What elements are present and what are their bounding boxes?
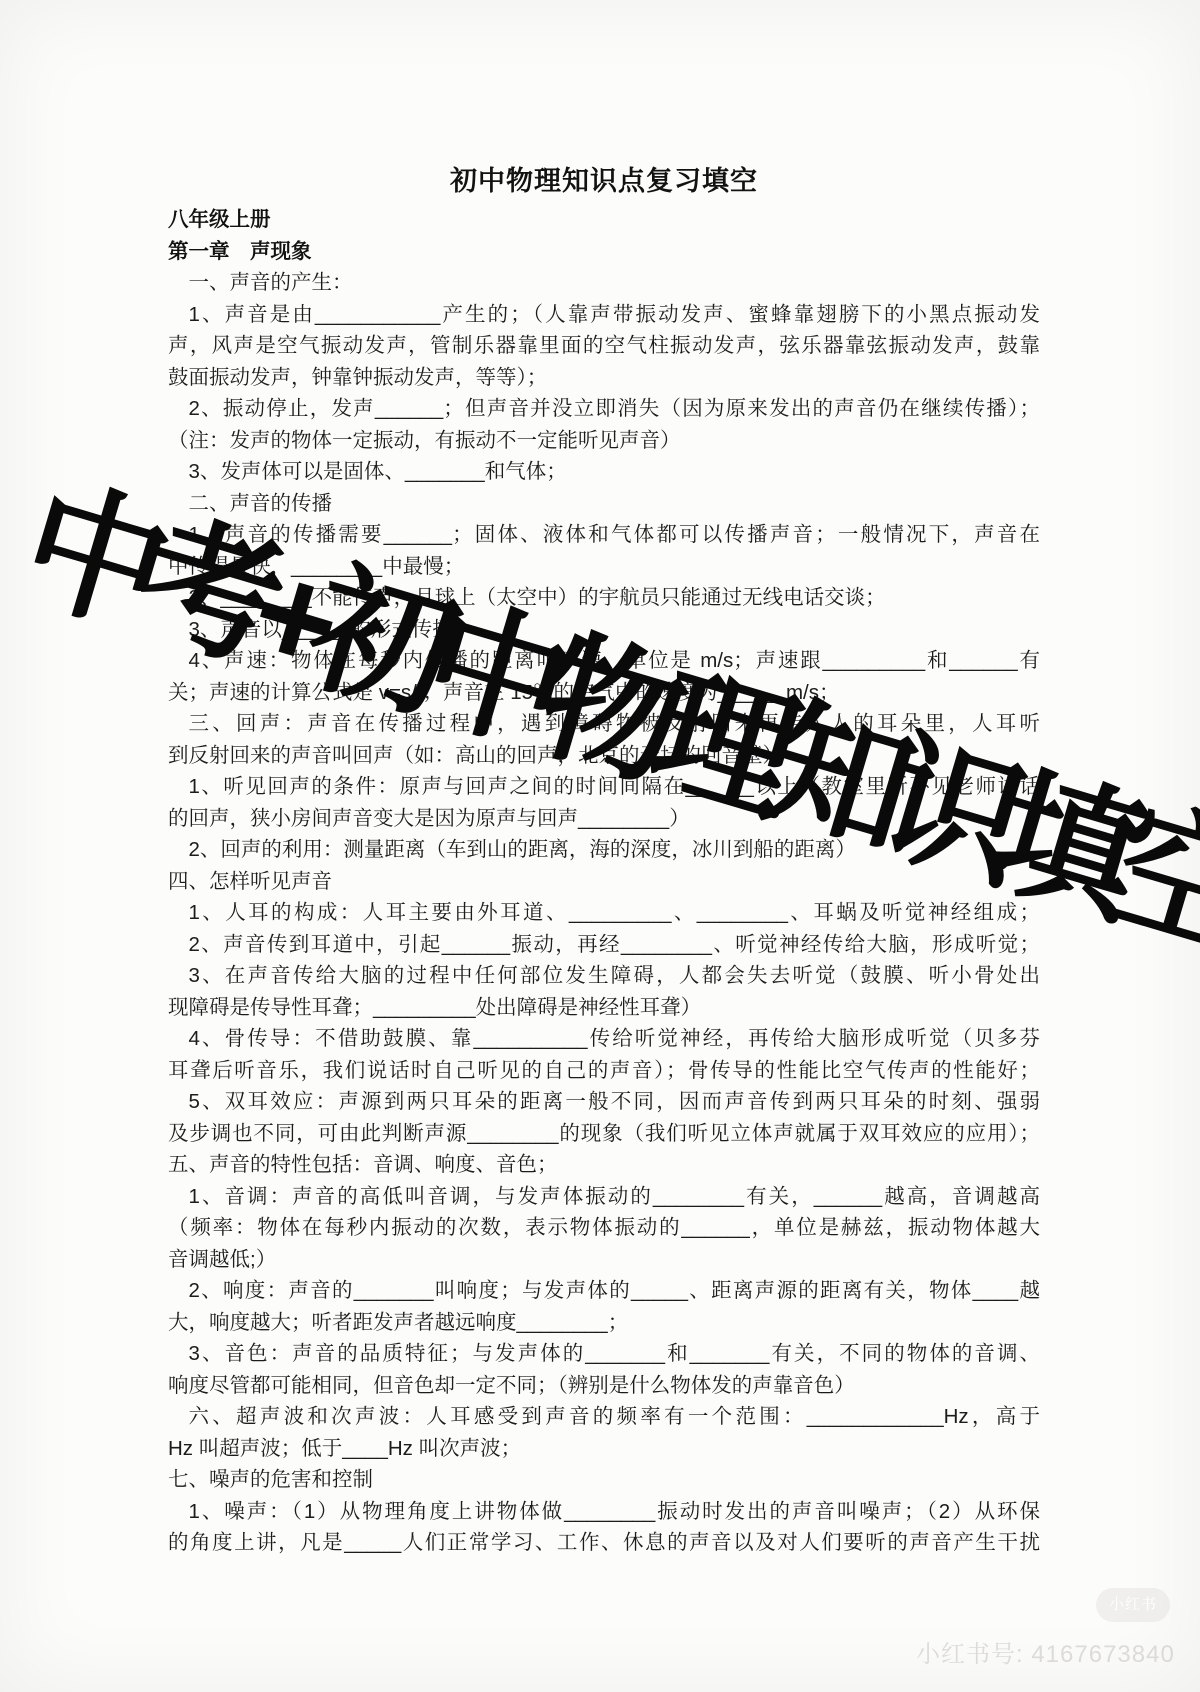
item-line: 4、声速：物体在每秒内传播的距离叫声速，单位是 m/s；声速跟_________… xyxy=(168,645,1040,677)
item-line: 1、声音的传播需要______；固体、液体和气体都可以传播声音；一般情况下，声音… xyxy=(168,519,1040,551)
item-line: 3、音色：声音的品质特征；与发声体的_______和_______有关，不同的物… xyxy=(168,1338,1040,1370)
item-line: 1、听见回声的条件：原声与回声之间的时间间隔在______以上（教室里听不见老师… xyxy=(168,771,1040,803)
text-line: 音调越低;） xyxy=(168,1244,1040,1276)
item-line: 2、回声的利用：测量距离（车到山的距离，海的深度，冰川到船的距离） xyxy=(168,834,1040,866)
section-heading: 六、超声波和次声波：人耳感受到声音的频率有一个范围：____________Hz… xyxy=(168,1401,1040,1433)
text-line: 的角度上讲，凡是_____人们正常学习、工作、休息的声音以及对人们要听的声音产生… xyxy=(168,1527,1040,1559)
item-line: 5、双耳效应：声源到两只耳朵的距离一般不同，因而声音传到两只耳朵的时刻、强弱 xyxy=(168,1086,1040,1118)
section-heading: 五、声音的特性包括：音调、响度、音色； xyxy=(168,1149,1040,1181)
section-heading: 三、回声：声音在传播过程中，遇到障碍物被反射回来再传入人的耳朵里，人耳听 xyxy=(168,708,1040,740)
text-line: （注：发声的物体一定振动，有振动不一定能听见声音） xyxy=(168,425,1040,457)
item-line: 2、________不能传声，月球上（太空中）的宇航员只能通过无线电话交谈； xyxy=(168,582,1040,614)
chapter-heading: 第一章 声现象 xyxy=(168,236,1040,268)
item-line: 3、在声音传给大脑的过程中任何部位发生障碍，人都会失去听觉（鼓膜、听小骨处出 xyxy=(168,960,1040,992)
document-page: 初中物理知识点复习填空 八年级上册 第一章 声现象 一、声音的产生： 1、声音是… xyxy=(168,150,1040,1559)
xiaohongshu-badge: 小红书 xyxy=(1096,1588,1170,1622)
item-line: 2、声音传到耳道中，引起______振动，再经________、听觉神经传给大脑… xyxy=(168,929,1040,961)
text-line: 声，风声是空气振动发声，管制乐器靠里面的空气柱振动发声，弦乐器靠弦振动发声，鼓靠 xyxy=(168,330,1040,362)
item-line: 1、声音是由___________产生的；（人靠声带振动发声、蜜蜂靠翅膀下的小黑… xyxy=(168,299,1040,331)
item-line: 2、振动停止，发声______；但声音并没立即消失（因为原来发出的声音仍在继续传… xyxy=(168,393,1040,425)
text-line: 大，响度越大；听者距发声者越远响度________； xyxy=(168,1307,1040,1339)
item-line: 4、骨传导：不借助鼓膜、靠__________传给听觉神经，再传给大脑形成听觉（… xyxy=(168,1023,1040,1055)
item-line: 1、音调：声音的高低叫音调，与发声体振动的________有关，______越高… xyxy=(168,1181,1040,1213)
item-line: 1、人耳的构成：人耳主要由外耳道、_________、________、耳蜗及听… xyxy=(168,897,1040,929)
section-heading: 二、声音的传播 xyxy=(168,488,1040,520)
item-line: 3、声音以______的形式传播； xyxy=(168,614,1040,646)
text-line: （频率：物体在每秒内振动的次数，表示物体振动的______，单位是赫兹，振动物体… xyxy=(168,1212,1040,1244)
item-line: 1、噪声：（1）从物理角度上讲物体做________振动时发出的声音叫噪声；（2… xyxy=(168,1496,1040,1528)
text-line: 及步调也不同，可由此判断声源________的现象（我们听见立体声就属于双耳效应… xyxy=(168,1118,1040,1150)
text-line: 中传得最快，________中最慢； xyxy=(168,551,1040,583)
text-line: 响度尽管都可能相同，但音色却一定不同；（辨别是什么物体发的声靠音色） xyxy=(168,1370,1040,1402)
section-heading: 四、怎样听见声音 xyxy=(168,866,1040,898)
document-title: 初中物理知识点复习填空 xyxy=(168,158,1040,204)
xiaohongshu-id: 小红书号: 4167673840 xyxy=(916,1634,1175,1669)
text-line: 鼓面振动发声，钟靠钟振动发声，等等）； xyxy=(168,362,1040,394)
section-heading: 一、声音的产生： xyxy=(168,267,1040,299)
item-line: 3、发声体可以是固体、_______和气体； xyxy=(168,456,1040,488)
text-line: 到反射回来的声音叫回声（如：高山的回声，北京的天坛的回音壁） xyxy=(168,740,1040,772)
text-line: Hz 叫超声波；低于____Hz 叫次声波； xyxy=(168,1433,1040,1465)
text-line: 的回声，狭小房间声音变大是因为原声与回声________） xyxy=(168,803,1040,835)
grade-label: 八年级上册 xyxy=(168,204,1040,236)
item-line: 2、响度：声音的_______叫响度；与发声体的_____、距离声源的距离有关，… xyxy=(168,1275,1040,1307)
text-line: 关；声速的计算公式是 v=s/t；声音在 15℃的空气中的速度为______m/… xyxy=(168,677,1040,709)
section-heading: 七、噪声的危害和控制 xyxy=(168,1464,1040,1496)
text-line: 耳聋后听音乐，我们说话时自己听见的自己的声音）；骨传导的性能比空气传声的性能好； xyxy=(168,1055,1040,1087)
text-line: 现障碍是传导性耳聋；_________处出障碍是神经性耳聋） xyxy=(168,992,1040,1024)
